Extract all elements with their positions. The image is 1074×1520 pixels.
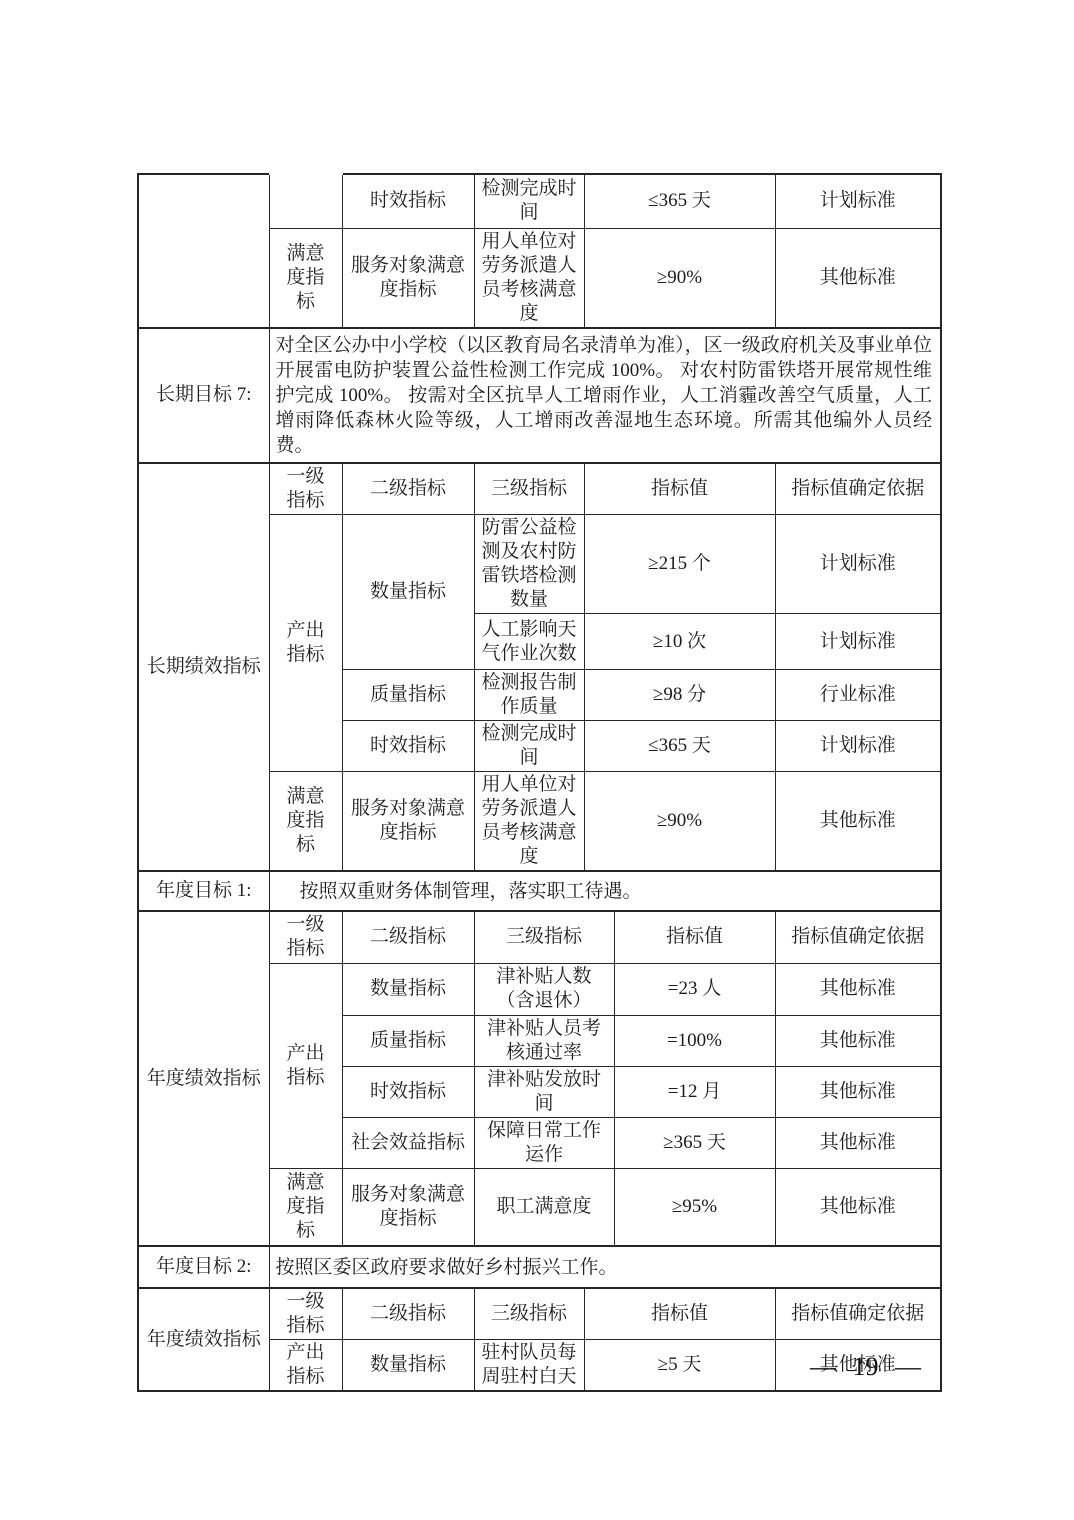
cell-level3: 检测报告制作质量 bbox=[474, 670, 584, 721]
table-header-row: 年度绩效指标 一级指标 二级指标 三级指标 指标值 指标值确定依据 bbox=[138, 911, 941, 963]
cell-level1: 产出指标 bbox=[269, 1340, 342, 1392]
cell-level1: 产出指标 bbox=[269, 963, 342, 1168]
goal-label-cell: 年度目标 1: bbox=[138, 871, 269, 911]
cell-value: ≥98 分 bbox=[584, 670, 775, 721]
cell-value: =12 月 bbox=[614, 1066, 775, 1117]
cell-value: ≥10 次 bbox=[584, 614, 775, 670]
cell-level2: 时效指标 bbox=[342, 721, 474, 772]
table-header-row: 年度绩效指标 一级指标 二级指标 三级指标 指标值 指标值确定依据 bbox=[138, 1288, 941, 1340]
cell-level1: 产出指标 bbox=[269, 515, 342, 772]
cell-basis: 其他标准 bbox=[775, 228, 941, 328]
cell-level1-empty bbox=[269, 174, 342, 228]
goal-1-row: 年度目标 1: 按照双重财务体制管理，落实职工待遇。 bbox=[138, 871, 941, 911]
goal-text-cell: 按照区委区政府要求做好乡村振兴工作。 bbox=[269, 1246, 941, 1288]
header-cell-value: 指标值 bbox=[614, 911, 775, 963]
cell-level2: 数量指标 bbox=[342, 1340, 474, 1392]
cell-level1: 满意度指标 bbox=[269, 1168, 342, 1246]
goal-text-cell: 对全区公办中小学校（以区教育局名录清单为准），区一级政府机关及事业单位开展雷电防… bbox=[269, 328, 941, 463]
header-cell-level1: 一级指标 bbox=[269, 463, 342, 515]
goal-label-cell: 长期目标 7: bbox=[138, 328, 269, 463]
cell-level3: 人工影响天气作业次数 bbox=[474, 614, 584, 670]
header-cell-value: 指标值 bbox=[584, 1288, 775, 1340]
cell-value: ≤365 天 bbox=[584, 174, 775, 228]
cell-basis: 其他标准 bbox=[775, 1168, 941, 1246]
row-label-cell: 年度绩效指标 bbox=[138, 911, 269, 1246]
header-cell-level1: 一级指标 bbox=[269, 911, 342, 963]
cell-basis: 其他标准 bbox=[775, 772, 941, 872]
table-header-row: 长期绩效指标 一级指标 二级指标 三级指标 指标值 指标值确定依据 bbox=[138, 463, 941, 515]
cell-level2: 质量指标 bbox=[342, 670, 474, 721]
cell-basis: 行业标准 bbox=[775, 670, 941, 721]
header-cell-level2: 二级指标 bbox=[342, 911, 474, 963]
cell-level3: 津补贴发放时间 bbox=[474, 1066, 614, 1117]
cell-value: ≥365 天 bbox=[614, 1117, 775, 1168]
cell-basis: 计划标准 bbox=[775, 174, 941, 228]
goal-2-row: 年度目标 2: 按照区委区政府要求做好乡村振兴工作。 bbox=[138, 1246, 941, 1288]
header-cell-basis: 指标值确定依据 bbox=[775, 911, 941, 963]
cell-level2: 数量指标 bbox=[342, 515, 474, 670]
header-cell-level1: 一级指标 bbox=[269, 1288, 342, 1340]
header-cell-level3: 三级指标 bbox=[474, 911, 614, 963]
cell-basis: 其他标准 bbox=[775, 1015, 941, 1066]
header-cell-value: 指标值 bbox=[584, 463, 775, 515]
header-cell-level2: 二级指标 bbox=[342, 1288, 474, 1340]
cell-value: ≤365 天 bbox=[584, 721, 775, 772]
cell-level2: 时效指标 bbox=[342, 174, 474, 228]
cell-level3: 津补贴人数（含退休） bbox=[474, 963, 614, 1015]
cell-value: ≥215 个 bbox=[584, 515, 775, 614]
document-page: 时效指标 检测完成时间 ≤365 天 计划标准 满意度指标 服务对象满意度指标 … bbox=[0, 0, 1074, 1520]
annual-indicator-table-1: 年度目标 1: 按照双重财务体制管理，落实职工待遇。 年度绩效指标 一级指标 二… bbox=[137, 870, 942, 1247]
cell-basis: 计划标准 bbox=[775, 721, 941, 772]
cell-level1: 满意度指标 bbox=[269, 772, 342, 872]
cell-value: =100% bbox=[614, 1015, 775, 1066]
cell-basis: 其他标准 bbox=[775, 963, 941, 1015]
cell-value: ≥90% bbox=[584, 228, 775, 328]
cell-value: ≥95% bbox=[614, 1168, 775, 1246]
goal-text-cell: 按照双重财务体制管理，落实职工待遇。 bbox=[269, 871, 941, 911]
header-cell-level3: 三级指标 bbox=[474, 1288, 584, 1340]
cell-value: =23 人 bbox=[614, 963, 775, 1015]
goal-7-row: 长期目标 7: 对全区公办中小学校（以区教育局名录清单为准），区一级政府机关及事… bbox=[138, 328, 941, 463]
cell-level2: 社会效益指标 bbox=[342, 1117, 474, 1168]
cell-basis: 计划标准 bbox=[775, 515, 941, 614]
cell-level1: 满意度指标 bbox=[269, 228, 342, 328]
cell-level3: 驻村队员每周驻村白天 bbox=[474, 1340, 584, 1392]
cell-value: ≥90% bbox=[584, 772, 775, 872]
cell-level3: 防雷公益检测及农村防雷铁塔检测数量 bbox=[474, 515, 584, 614]
cell-level3: 检测完成时间 bbox=[474, 721, 584, 772]
cell-basis: 计划标准 bbox=[775, 614, 941, 670]
cell-level2: 时效指标 bbox=[342, 1066, 474, 1117]
cell-level2: 质量指标 bbox=[342, 1015, 474, 1066]
cell-level2: 服务对象满意度指标 bbox=[342, 772, 474, 872]
cell-level3: 保障日常工作运作 bbox=[474, 1117, 614, 1168]
row-label-cell: 长期绩效指标 bbox=[138, 463, 269, 872]
cell-basis: 其他标准 bbox=[775, 1066, 941, 1117]
header-cell-level2: 二级指标 bbox=[342, 463, 474, 515]
cell-level3: 用人单位对劳务派遣人员考核满意度 bbox=[474, 772, 584, 872]
cell-level3: 职工满意度 bbox=[474, 1168, 614, 1246]
performance-indicator-tables: 时效指标 检测完成时间 ≤365 天 计划标准 满意度指标 服务对象满意度指标 … bbox=[137, 173, 940, 1392]
cell-value: ≥5 天 bbox=[584, 1340, 775, 1392]
cell-basis: 其他标准 bbox=[775, 1117, 941, 1168]
cell-level2: 数量指标 bbox=[342, 963, 474, 1015]
cell-level3: 用人单位对劳务派遣人员考核满意度 bbox=[474, 228, 584, 328]
header-cell-basis: 指标值确定依据 bbox=[775, 1288, 941, 1340]
header-cell-level3: 三级指标 bbox=[474, 463, 584, 515]
row-label-cell: 年度绩效指标 bbox=[138, 1288, 269, 1391]
header-cell-basis: 指标值确定依据 bbox=[775, 463, 941, 515]
cell-level3: 津补贴人员考核通过率 bbox=[474, 1015, 614, 1066]
cell-level2: 服务对象满意度指标 bbox=[342, 1168, 474, 1246]
cell-level2: 服务对象满意度指标 bbox=[342, 228, 474, 328]
table-row: 时效指标 检测完成时间 ≤365 天 计划标准 bbox=[138, 174, 941, 228]
goal-label-cell: 年度目标 2: bbox=[138, 1246, 269, 1288]
cell-level3: 检测完成时间 bbox=[474, 174, 584, 228]
row-label-cell-empty bbox=[138, 174, 269, 328]
page-number: — 19 — bbox=[810, 1352, 921, 1382]
long-term-indicator-table: 时效指标 检测完成时间 ≤365 天 计划标准 满意度指标 服务对象满意度指标 … bbox=[137, 173, 942, 872]
